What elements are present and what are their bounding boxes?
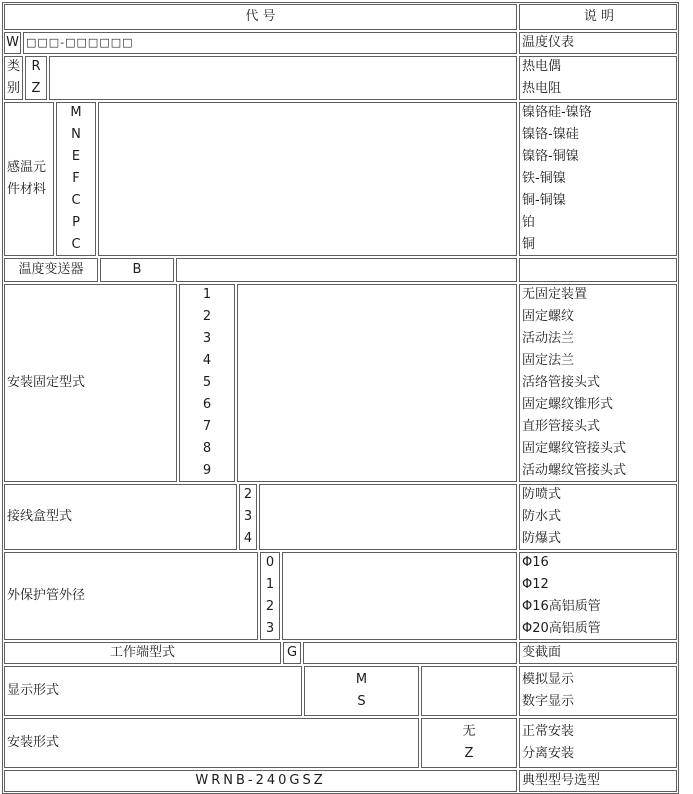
category-spacer-cell (49, 56, 517, 100)
tube-diameter-codes-cell: 0 1 2 3 (260, 552, 280, 640)
installation-code: 无 (462, 721, 475, 743)
mounting-code: 1 (203, 284, 211, 306)
mounting-row: 安装固定型式 1 2 3 4 5 6 7 8 9 无固定装置 固定螺纹 活动法兰… (4, 284, 677, 482)
category-description: 热电偶 (522, 56, 676, 78)
installation-description: 正常安装 (522, 721, 676, 743)
display-description: 模拟显示 (522, 669, 676, 691)
mounting-code: 4 (203, 350, 211, 372)
tube-diameter-description-cell: Φ16 Φ12 Φ16高铝质管 Φ20高铝质管 (519, 552, 677, 640)
sensor-material-code: M (70, 102, 81, 124)
junction-box-description: 防爆式 (522, 528, 676, 550)
mounting-description: 直形管接头式 (522, 416, 676, 438)
working-end-description-cell: 变截面 (519, 642, 677, 664)
display-spacer-cell (421, 666, 517, 716)
junction-box-code: 4 (244, 528, 252, 550)
working-end-row: 工作端型式 G 变截面 (4, 642, 677, 664)
category-label-cell: 类 别 (4, 56, 23, 100)
tube-diameter-label: 外保护管外径 (7, 585, 257, 607)
instrument-description-cell: 温度仪表 (519, 32, 677, 54)
example-description-cell: 典型型号选型 (519, 770, 677, 792)
display-description: 数字显示 (522, 691, 676, 713)
mounting-description: 固定法兰 (522, 350, 676, 372)
mounting-description: 无固定装置 (522, 284, 676, 306)
junction-box-description: 防喷式 (522, 484, 676, 506)
display-description-cell: 模拟显示 数字显示 (519, 666, 677, 716)
code-column-header: 代 号 (4, 4, 517, 30)
installation-label-cell: 安装形式 (4, 718, 419, 768)
mounting-description: 固定螺纹 (522, 306, 676, 328)
junction-box-codes-cell: 2 3 4 (239, 484, 257, 550)
sensor-material-description: 铂 (522, 212, 676, 234)
instrument-code: W (6, 32, 19, 54)
sensor-material-code: C (71, 234, 80, 256)
tube-diameter-code: 0 (266, 552, 274, 574)
mounting-label: 安装固定型式 (7, 372, 176, 394)
description-column-header: 说 明 (519, 4, 677, 30)
example-description: 典型型号选型 (522, 770, 676, 792)
sensor-material-label-line: 感温元 (7, 157, 53, 179)
sensor-material-code: C (71, 190, 80, 212)
mounting-description: 活动螺纹管接头式 (522, 460, 676, 482)
sensor-material-code: F (72, 168, 79, 190)
display-label-cell: 显示形式 (4, 666, 302, 716)
tube-diameter-code: 3 (266, 618, 274, 640)
category-code: R (31, 56, 40, 78)
mounting-code: 8 (203, 438, 211, 460)
category-row: 类 别 R Z 热电偶 热电阻 (4, 56, 677, 100)
transmitter-code-cell: B (100, 258, 174, 282)
working-end-code: G (287, 642, 297, 664)
sensor-material-label-line: 件材料 (7, 179, 53, 201)
sensor-material-row: 感温元 件材料 M N E F C P C 镍铬硅-镍铬 镍铬-镍硅 镍铬-铜镍… (4, 102, 677, 256)
installation-label: 安装形式 (7, 732, 418, 754)
mounting-description: 固定螺纹锥形式 (522, 394, 676, 416)
sensor-material-code: E (72, 146, 80, 168)
transmitter-row: 温度变送器 B (4, 258, 677, 282)
instrument-code-cell: W (4, 32, 21, 54)
tube-diameter-spacer-cell (282, 552, 517, 640)
sensor-material-description: 镍铬硅-镍铬 (522, 102, 676, 124)
junction-box-label-cell: 接线盒型式 (4, 484, 237, 550)
sensor-material-code: N (71, 124, 81, 146)
junction-box-label: 接线盒型式 (7, 506, 236, 528)
installation-description: 分离安装 (522, 743, 676, 765)
tube-diameter-code: 2 (266, 596, 274, 618)
mounting-codes-cell: 1 2 3 4 5 6 7 8 9 (179, 284, 235, 482)
example-model-cell: WRNB-240GSZ (4, 770, 517, 792)
working-end-label: 工作端型式 (110, 642, 175, 664)
sensor-material-description-cell: 镍铬硅-镍铬 镍铬-镍硅 镍铬-铜镍 铁-铜镍 铜-铜镍 铂 铜 (519, 102, 677, 256)
display-code: S (357, 691, 365, 713)
sensor-material-code: P (72, 212, 80, 234)
transmitter-spacer-cell (176, 258, 517, 282)
mounting-code: 7 (203, 416, 211, 438)
tube-diameter-row: 外保护管外径 0 1 2 3 Φ16 Φ12 Φ16高铝质管 Φ20高铝质管 (4, 552, 677, 640)
junction-box-code: 2 (244, 484, 252, 506)
junction-box-spacer-cell (259, 484, 517, 550)
working-end-spacer-cell (303, 642, 517, 664)
instrument-description: 温度仪表 (522, 32, 676, 54)
instrument-pattern: □□□-□□□□□□ (26, 32, 516, 54)
tube-diameter-label-cell: 外保护管外径 (4, 552, 258, 640)
instrument-pattern-cell: □□□-□□□□□□ (23, 32, 517, 54)
mounting-label-cell: 安装固定型式 (4, 284, 177, 482)
junction-box-code: 3 (244, 506, 252, 528)
example-model-number: WRNB-240GSZ (195, 770, 325, 792)
table-header-row: 代 号 说 明 (4, 4, 677, 30)
example-model-row: WRNB-240GSZ 典型型号选型 (4, 770, 677, 792)
junction-box-row: 接线盒型式 2 3 4 防喷式 防水式 防爆式 (4, 484, 677, 550)
model-selection-table: 代 号 说 明 W □□□-□□□□□□ 温度仪表 类 别 R Z 热电偶 热电… (2, 2, 679, 794)
sensor-material-description: 铜 (522, 234, 676, 256)
tube-diameter-description: Φ16高铝质管 (522, 596, 676, 618)
category-label-char-2: 别 (7, 78, 20, 100)
mounting-description: 活动法兰 (522, 328, 676, 350)
transmitter-label-cell: 温度变送器 (4, 258, 98, 282)
instrument-row: W □□□-□□□□□□ 温度仪表 (4, 32, 677, 54)
transmitter-code: B (133, 259, 142, 281)
mounting-code: 3 (203, 328, 211, 350)
junction-box-description-cell: 防喷式 防水式 防爆式 (519, 484, 677, 550)
display-code: M (356, 669, 367, 691)
installation-codes-cell: 无 Z (421, 718, 517, 768)
transmitter-description-cell (519, 258, 677, 282)
display-codes-cell: M S (304, 666, 419, 716)
mounting-description: 活络管接头式 (522, 372, 676, 394)
mounting-code: 2 (203, 306, 211, 328)
code-header-label: 代 号 (245, 6, 275, 28)
transmitter-label: 温度变送器 (18, 259, 83, 281)
sensor-material-description: 镍铬-铜镍 (522, 146, 676, 168)
mounting-code: 5 (203, 372, 211, 394)
sensor-material-spacer-cell (98, 102, 517, 256)
junction-box-description: 防水式 (522, 506, 676, 528)
description-header-label: 说 明 (584, 6, 614, 28)
working-end-description: 变截面 (522, 642, 676, 664)
installation-description-cell: 正常安装 分离安装 (519, 718, 677, 768)
mounting-spacer-cell (237, 284, 517, 482)
working-end-code-cell: G (283, 642, 301, 664)
tube-diameter-description: Φ20高铝质管 (522, 618, 676, 640)
display-label: 显示形式 (7, 680, 301, 702)
category-label-char-1: 类 (7, 56, 20, 78)
mounting-code: 9 (203, 460, 211, 482)
mounting-description: 固定螺纹管接头式 (522, 438, 676, 460)
category-description: 热电阻 (522, 78, 676, 100)
mounting-code: 6 (203, 394, 211, 416)
display-row: 显示形式 M S 模拟显示 数字显示 (4, 666, 677, 716)
mounting-description-cell: 无固定装置 固定螺纹 活动法兰 固定法兰 活络管接头式 固定螺纹锥形式 直形管接… (519, 284, 677, 482)
category-description-cell: 热电偶 热电阻 (519, 56, 677, 100)
installation-code: Z (465, 743, 474, 765)
sensor-material-description: 镍铬-镍硅 (522, 124, 676, 146)
sensor-material-description: 铜-铜镍 (522, 190, 676, 212)
tube-diameter-code: 1 (266, 574, 274, 596)
installation-row: 安装形式 无 Z 正常安装 分离安装 (4, 718, 677, 768)
sensor-material-label-cell: 感温元 件材料 (4, 102, 54, 256)
sensor-material-codes-cell: M N E F C P C (56, 102, 96, 256)
category-code: Z (32, 78, 41, 100)
tube-diameter-description: Φ16 (522, 552, 676, 574)
sensor-material-description: 铁-铜镍 (522, 168, 676, 190)
category-codes-cell: R Z (25, 56, 47, 100)
tube-diameter-description: Φ12 (522, 574, 676, 596)
working-end-label-cell: 工作端型式 (4, 642, 281, 664)
